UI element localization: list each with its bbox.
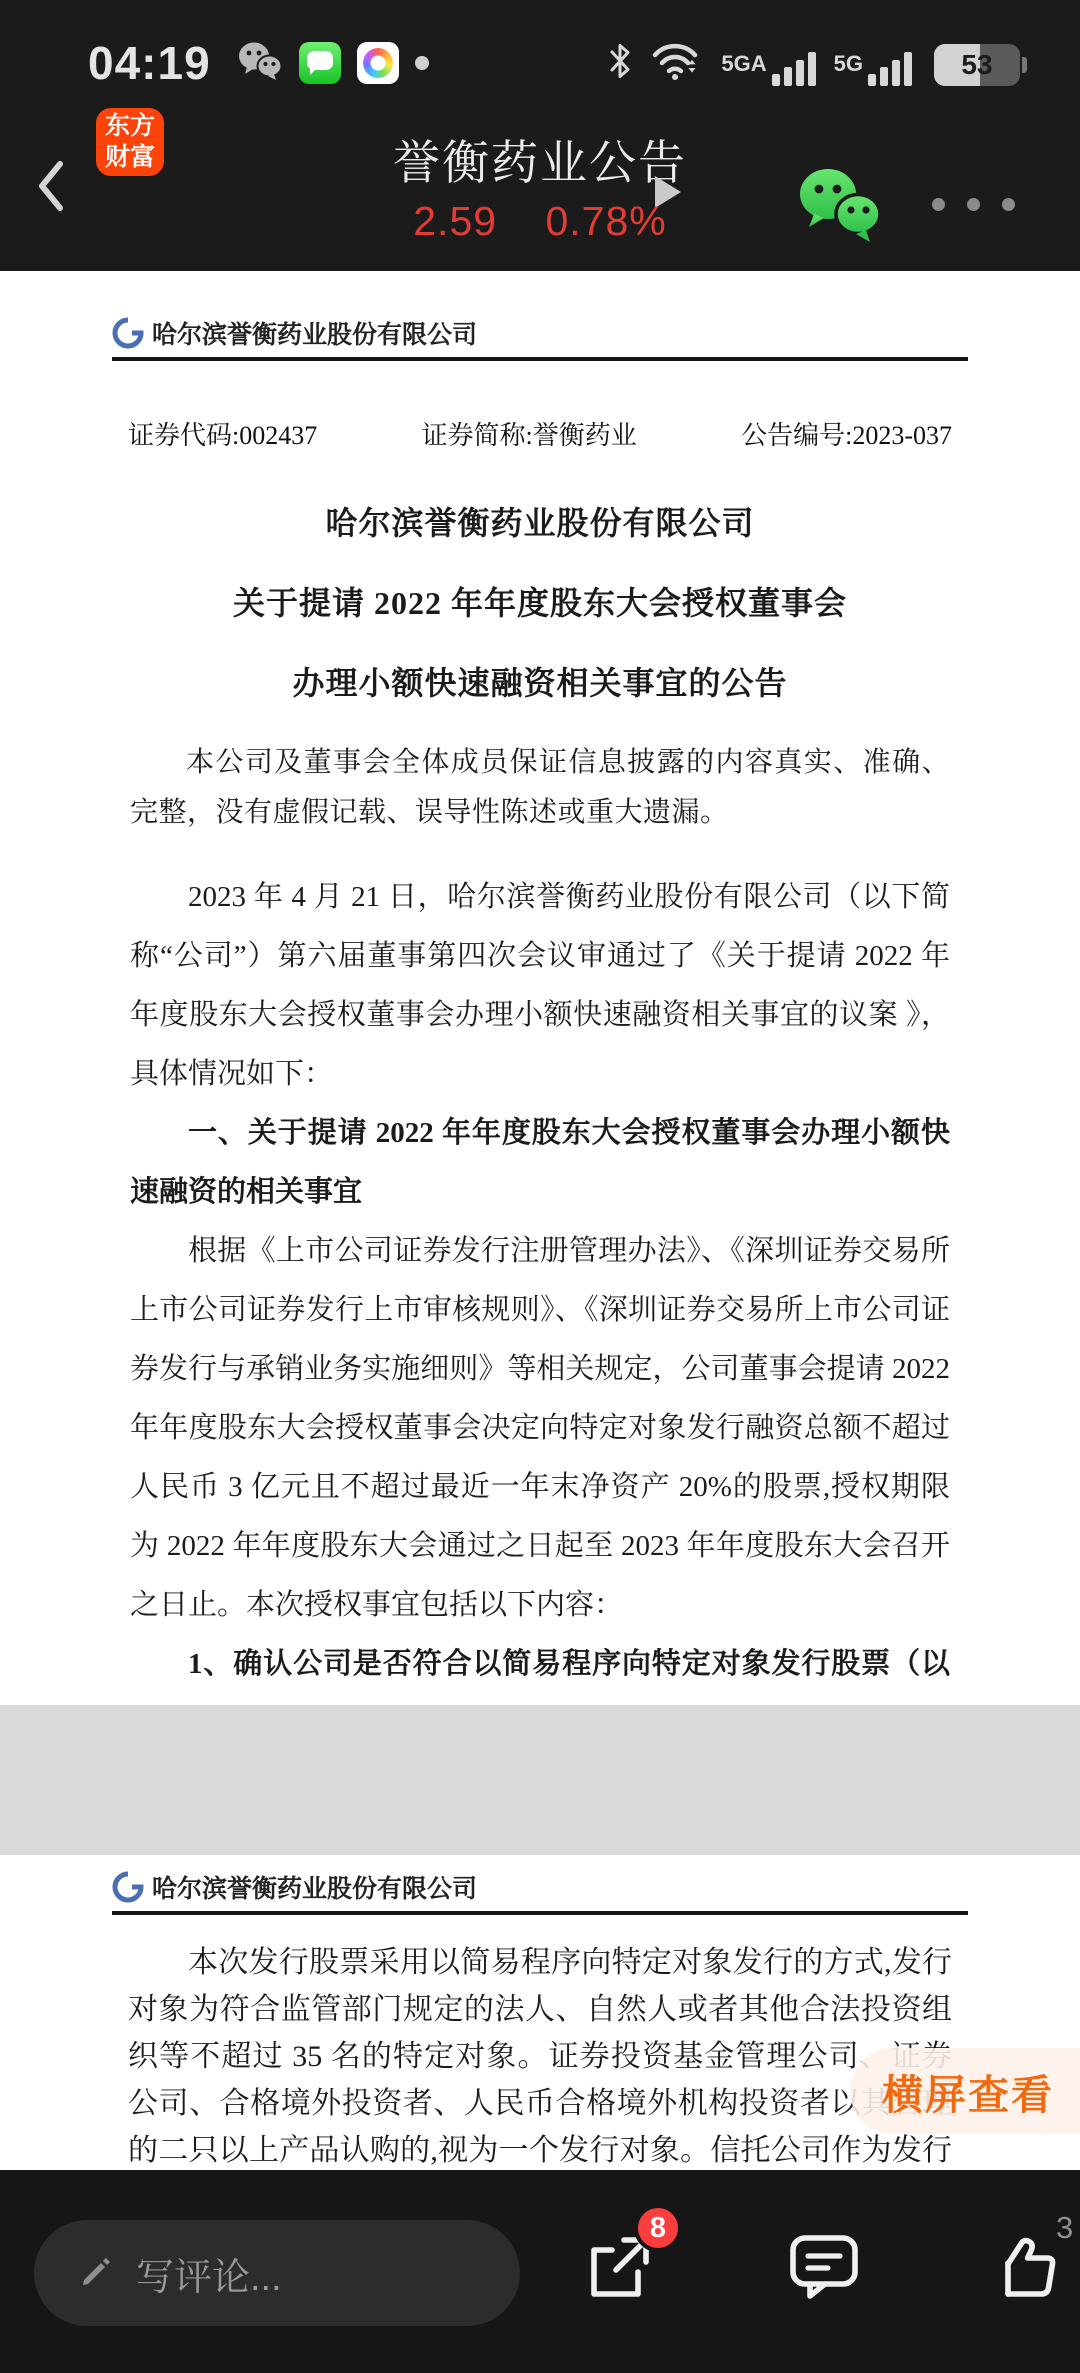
comment-input[interactable]: 写评论...	[34, 2220, 520, 2326]
company-letterhead: 哈尔滨誉衡药业股份有限公司	[112, 271, 968, 361]
signal-5ga: 5GA	[721, 52, 815, 86]
status-bar: 04:19	[0, 0, 1080, 100]
page-title: 誉衡药业公告	[0, 126, 1080, 193]
document-title-line: 哈尔滨誉衡药业股份有限公司	[0, 498, 1080, 544]
comment-placeholder: 写评论...	[136, 2246, 282, 2301]
document-title-line: 办理小额快速融资相关事宜的公告	[0, 658, 1080, 704]
photos-icon	[357, 42, 399, 84]
document-heading: 1、确认公司是否符合以简易程序向特定对象发行股票（以下简称“小额快速融资”）的条…	[130, 1635, 950, 1705]
recording-dot	[415, 56, 429, 70]
signal-5g: 5G	[834, 52, 912, 86]
messages-icon	[299, 42, 341, 84]
stock-name-label: 证券简称:誉衡药业	[422, 415, 637, 452]
company-name: 哈尔滨誉衡药业股份有限公司	[152, 315, 477, 351]
document-heading: 一、关于提请 2022 年年度股东大会授权董事会办理小额快速融资的相关事宜	[130, 1104, 950, 1222]
more-options-button[interactable]	[932, 198, 1015, 211]
stock-code-label: 证券代码:002437	[128, 415, 317, 452]
company-letterhead: 哈尔滨誉衡药业股份有限公司	[112, 1855, 968, 1915]
wechat-share-button[interactable]	[796, 166, 886, 244]
company-logo-icon	[112, 1871, 144, 1903]
like-button[interactable]	[988, 2230, 1062, 2309]
page1-blocks: 2023 年 4 月 21 日，哈尔滨誉衡药业股份有限公司（以下简称“公司”）第…	[130, 868, 950, 1705]
document-page-1[interactable]: 哈尔滨誉衡药业股份有限公司 证券代码:002437 证券简称:誉衡药业 公告编号…	[0, 271, 1080, 1705]
document-title-line: 关于提请 2022 年年度股东大会授权董事会	[0, 578, 1080, 624]
pledge-paragraph: 本公司及董事会全体成员保证信息披露的内容真实、准确、完整，没有虚假记载、误导性陈…	[130, 738, 950, 838]
bottom-action-bar: 写评论... 8 3	[0, 2170, 1080, 2373]
stock-price: 2.59	[413, 198, 497, 244]
company-name: 哈尔滨誉衡药业股份有限公司	[152, 1869, 477, 1905]
wifi-icon	[651, 41, 703, 86]
page-gap	[0, 1705, 1080, 1855]
wechat-status-icon	[237, 41, 283, 86]
company-logo-icon	[112, 317, 144, 349]
pencil-icon	[78, 2253, 114, 2294]
comments-button[interactable]	[786, 2230, 862, 2307]
document-paragraph: 根据《上市公司证券发行注册管理办法》、《深圳证券交易所上市公司证券发行上市审核规…	[130, 1222, 950, 1635]
like-count: 3	[1056, 2210, 1073, 2246]
document-paragraph: 2023 年 4 月 21 日，哈尔滨誉衡药业股份有限公司（以下简称“公司”）第…	[130, 868, 950, 1104]
announcement-no-label: 公告编号:2023-037	[741, 415, 952, 452]
stock-price-line[interactable]: 2.59 0.78%	[0, 198, 1080, 245]
document-title: 哈尔滨誉衡药业股份有限公司 关于提请 2022 年年度股东大会授权董事会 办理小…	[0, 498, 1080, 704]
landscape-view-button[interactable]: 横屏查看	[850, 2048, 1080, 2134]
clock: 04:19	[88, 36, 211, 90]
bluetooth-icon	[607, 41, 633, 86]
share-badge: 8	[634, 2204, 682, 2252]
document-meta-row: 证券代码:002437 证券简称:誉衡药业 公告编号:2023-037	[128, 415, 952, 452]
stock-change-percent: 0.78%	[545, 198, 666, 244]
battery-indicator: 53	[934, 44, 1020, 86]
